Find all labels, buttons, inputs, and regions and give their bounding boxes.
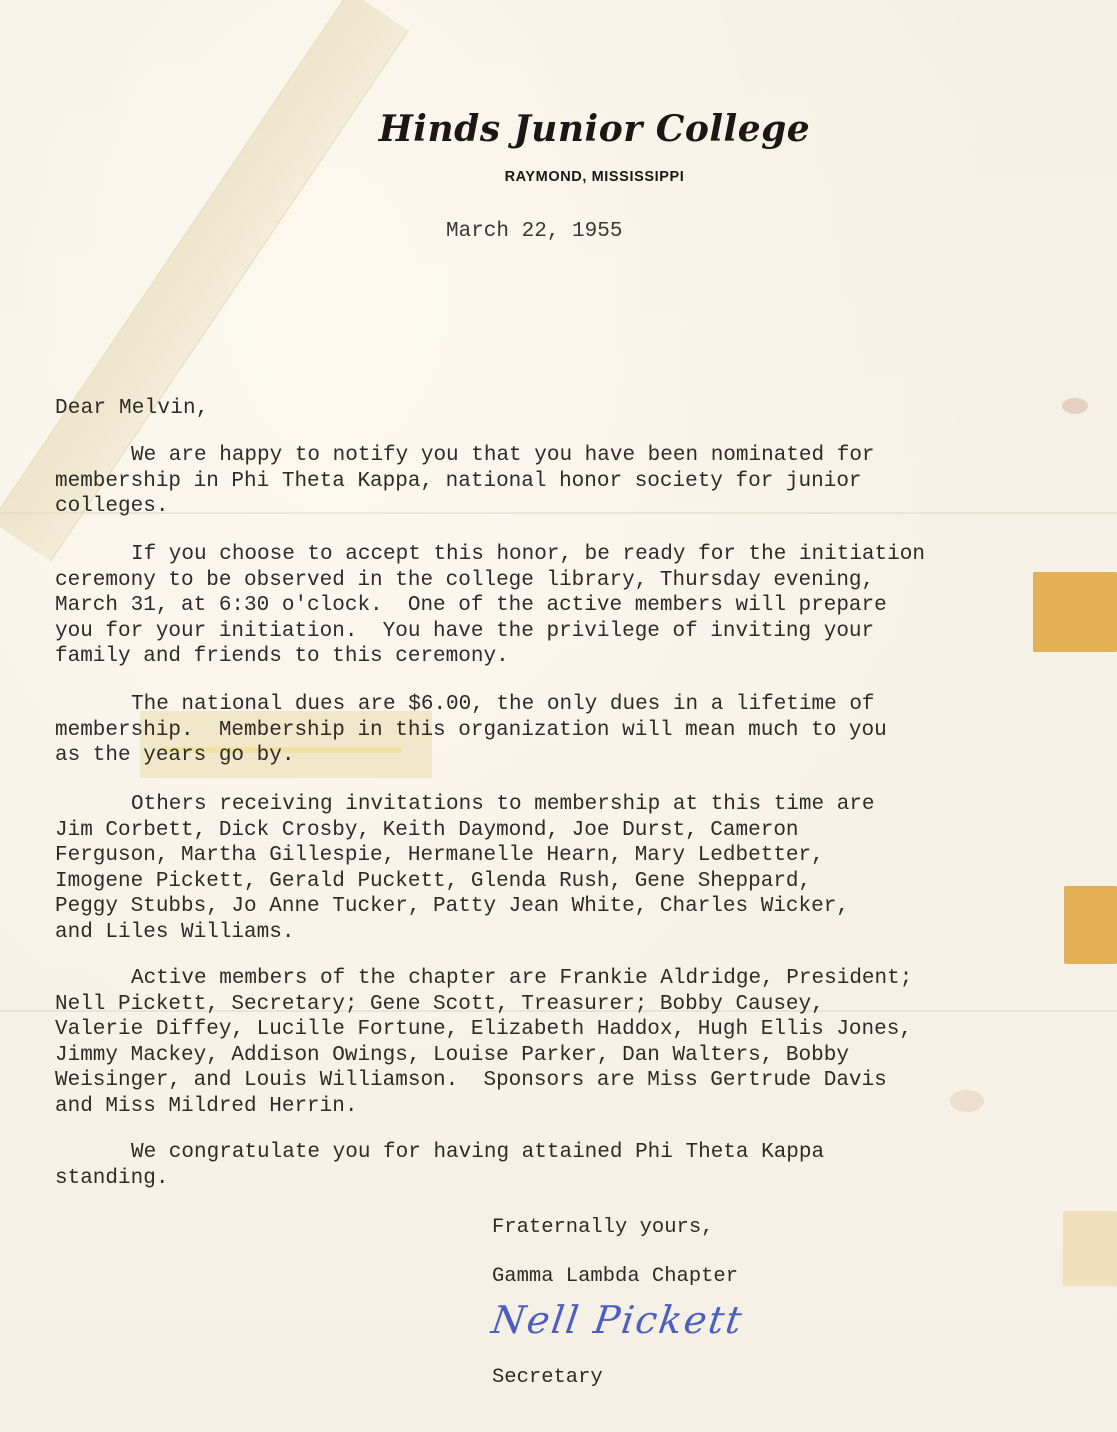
paragraph-line: Imogene Pickett, Gerald Puckett, Glenda … xyxy=(55,869,1095,895)
paragraph-line: you for your initiation. You have the pr… xyxy=(55,619,1095,645)
tape-stain xyxy=(1063,1211,1117,1286)
paragraph-line: Peggy Stubbs, Jo Anne Tucker, Patty Jean… xyxy=(55,894,1095,920)
paragraph-line: colleges. xyxy=(55,494,1095,520)
paragraph-line: We congratulate you for having attained … xyxy=(55,1140,1095,1166)
paragraph-line: standing. xyxy=(55,1166,1095,1192)
paragraph-line: Ferguson, Martha Gillespie, Hermanelle H… xyxy=(55,843,1095,869)
paragraph-line: and Liles Williams. xyxy=(55,920,1095,946)
paragraph-nomination: We are happy to notify you that you have… xyxy=(55,443,1095,520)
valediction: Fraternally yours, xyxy=(492,1216,713,1239)
paragraph-dues: The national dues are $6.00, the only du… xyxy=(55,692,1095,769)
letter-date: March 22, 1955 xyxy=(446,220,622,243)
handwritten-signature: Nell Pickett xyxy=(489,1298,746,1342)
letterhead-location: RAYMOND, MISSISSIPPI xyxy=(36,169,1117,185)
paragraph-line: Others receiving invitations to membersh… xyxy=(55,792,1095,818)
paragraph-line: March 31, at 6:30 o'clock. One of the ac… xyxy=(55,593,1095,619)
paragraph-line: Active members of the chapter are Franki… xyxy=(55,966,1095,992)
paragraph-line: Weisinger, and Louis Williamson. Sponsor… xyxy=(55,1068,1095,1094)
paragraph-line: If you choose to accept this honor, be r… xyxy=(55,542,1095,568)
closing-organization: Gamma Lambda Chapter xyxy=(492,1265,738,1288)
letterhead-institution: Hinds Junior College xyxy=(36,108,1117,150)
paragraph-active-members: Active members of the chapter are Franki… xyxy=(55,966,1095,1119)
paragraph-line: membership. Membership in this organizat… xyxy=(55,718,1095,744)
signer-title: Secretary xyxy=(492,1366,603,1389)
paragraph-line: as the years go by. xyxy=(55,743,1095,769)
paragraph-line: and Miss Mildred Herrin. xyxy=(55,1094,1095,1120)
paragraph-congratulations: We congratulate you for having attained … xyxy=(55,1140,1095,1191)
stain-speck xyxy=(1062,398,1088,414)
paragraph-line: membership in Phi Theta Kappa, national … xyxy=(55,469,1095,495)
salutation: Dear Melvin, xyxy=(55,396,209,421)
paragraph-line: Valerie Diffey, Lucille Fortune, Elizabe… xyxy=(55,1017,1095,1043)
paragraph-line: Nell Pickett, Secretary; Gene Scott, Tre… xyxy=(55,992,1095,1018)
paragraph-line: Jimmy Mackey, Addison Owings, Louise Par… xyxy=(55,1043,1095,1069)
paragraph-line: ceremony to be observed in the college l… xyxy=(55,568,1095,594)
paragraph-invitees: Others receiving invitations to membersh… xyxy=(55,792,1095,945)
paragraph-line: Jim Corbett, Dick Crosby, Keith Daymond,… xyxy=(55,818,1095,844)
paragraph-initiation: If you choose to accept this honor, be r… xyxy=(55,542,1095,670)
paragraph-line: We are happy to notify you that you have… xyxy=(55,443,1095,469)
paragraph-line: The national dues are $6.00, the only du… xyxy=(55,692,1095,718)
paragraph-line: family and friends to this ceremony. xyxy=(55,644,1095,670)
